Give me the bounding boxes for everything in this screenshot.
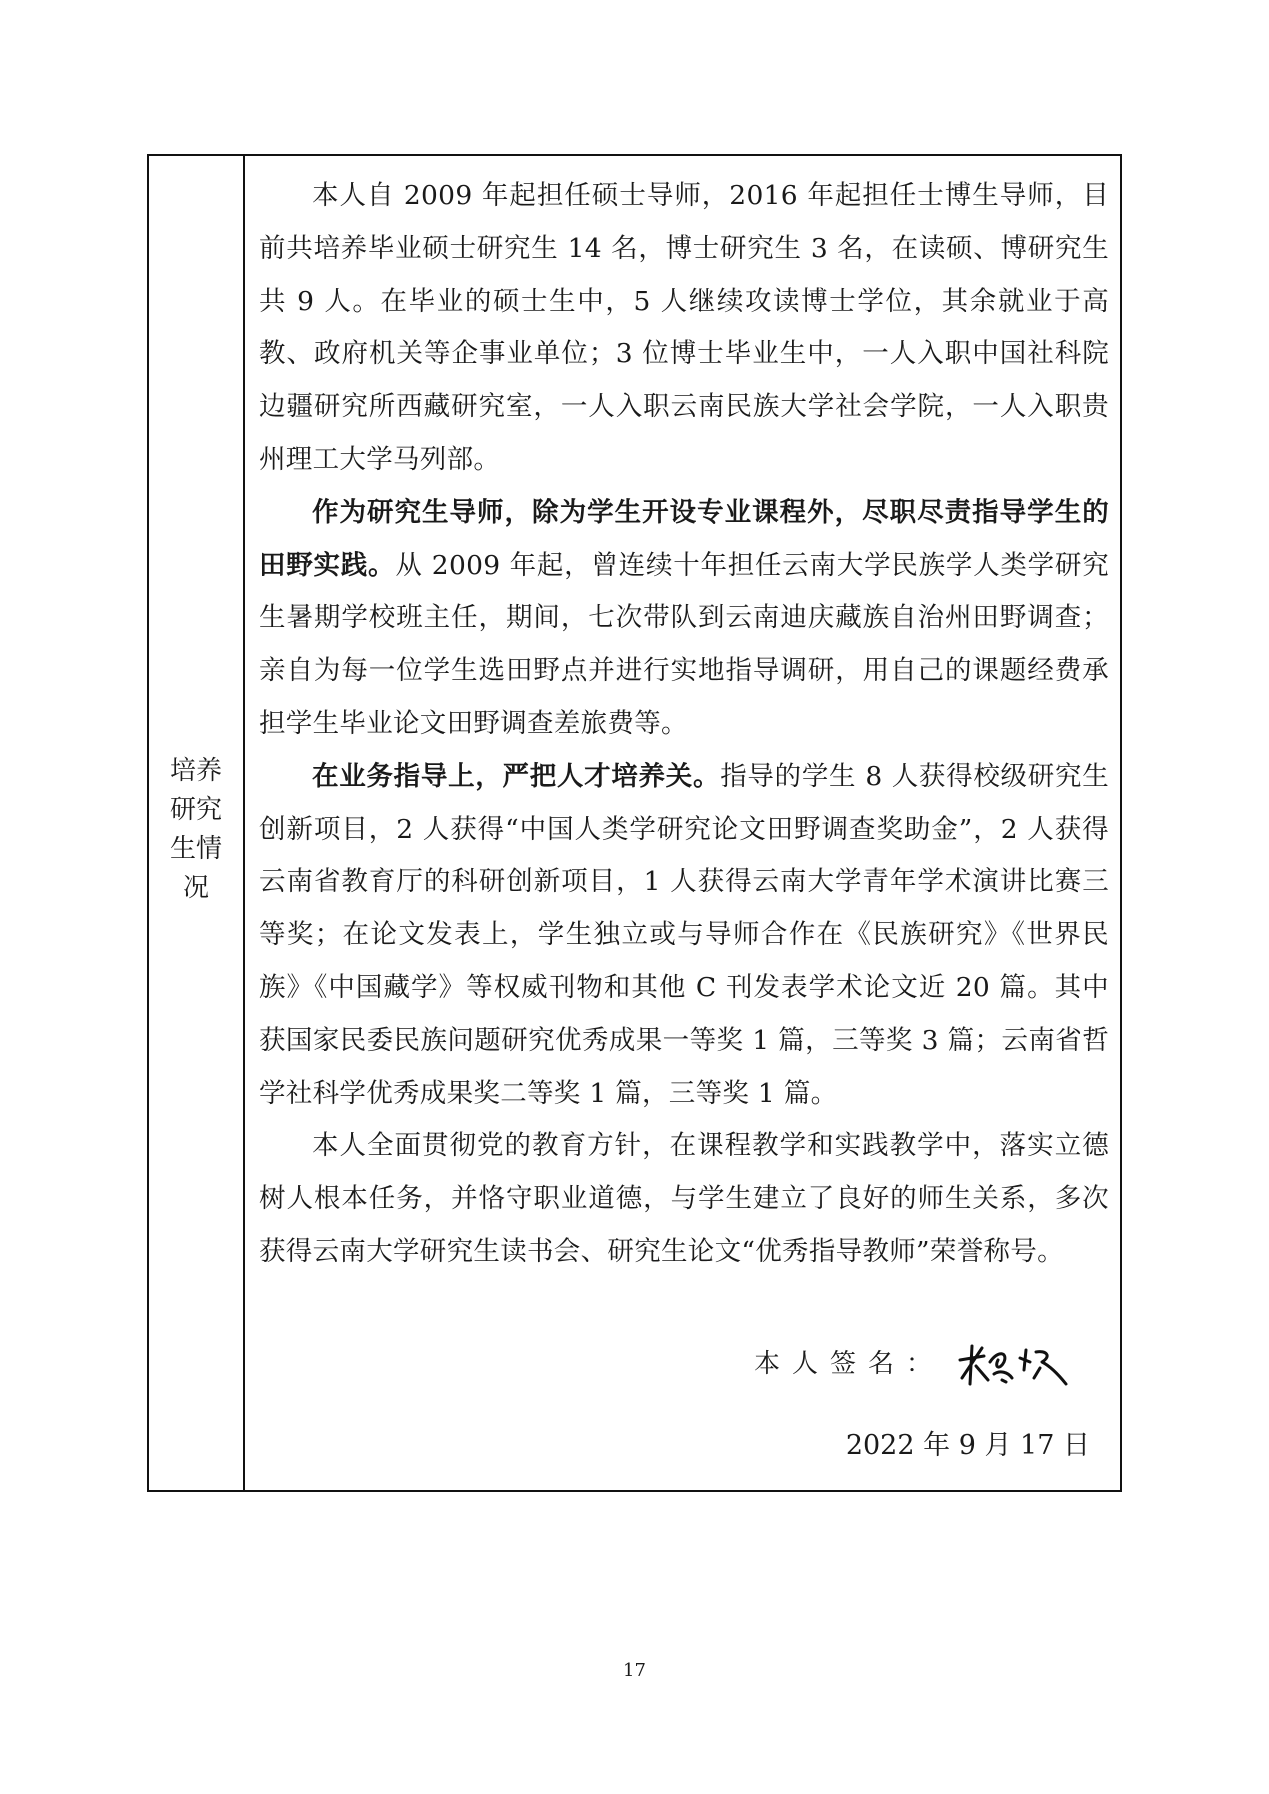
section-label-line: 培养 [149,752,243,791]
section-label: 培养 研究 生情 况 [149,752,243,908]
signature-row: 本人签名： [754,1340,1074,1388]
date: 2022 年 9 月 17 日 [846,1426,1090,1466]
paragraph-body: 指导的学生 8 人获得校级研究生创新项目，2 人获得“中国人类学研究论文田野调查… [259,761,1109,1109]
paragraph-academic-guidance: 在业务指导上，严把人才培养关。指导的学生 8 人获得校级研究生创新项目，2 人获… [259,751,1109,1121]
paragraph-body: 本人全面贯彻党的教育方针，在课程教学和实践教学中，落实立德树人根本任务，并恪守职… [259,1130,1109,1267]
form-table: 培养 研究 生情 况 本人自 2009 年起担任硕士导师，2016 年起担任士博… [147,154,1122,1492]
paragraph-lead: 在业务指导上，严把人才培养关。 [312,761,720,792]
section-content: 本人自 2009 年起担任硕士导师，2016 年起担任士博生导师，目前共培养毕业… [259,170,1109,1279]
signature-label: 本人签名： [754,1344,944,1384]
paragraph-supervision-record: 本人自 2009 年起担任硕士导师，2016 年起担任士博生导师，目前共培养毕业… [259,170,1109,487]
section-label-line: 研究 [149,791,243,830]
paragraph-ethics: 本人全面贯彻党的教育方针，在课程教学和实践教学中，落实立德树人根本任务，并恪守职… [259,1120,1109,1278]
column-divider [243,156,245,1490]
page-number: 17 [0,1660,1269,1681]
handwritten-signature-icon [954,1340,1074,1388]
paragraph-field-practice: 作为研究生导师，除为学生开设专业课程外，尽职尽责指导学生的田野实践。从 2009… [259,487,1109,751]
section-label-line: 况 [149,869,243,908]
section-label-line: 生情 [149,830,243,869]
paragraph-body: 本人自 2009 年起担任硕士导师，2016 年起担任士博生导师，目前共培养毕业… [259,180,1109,475]
